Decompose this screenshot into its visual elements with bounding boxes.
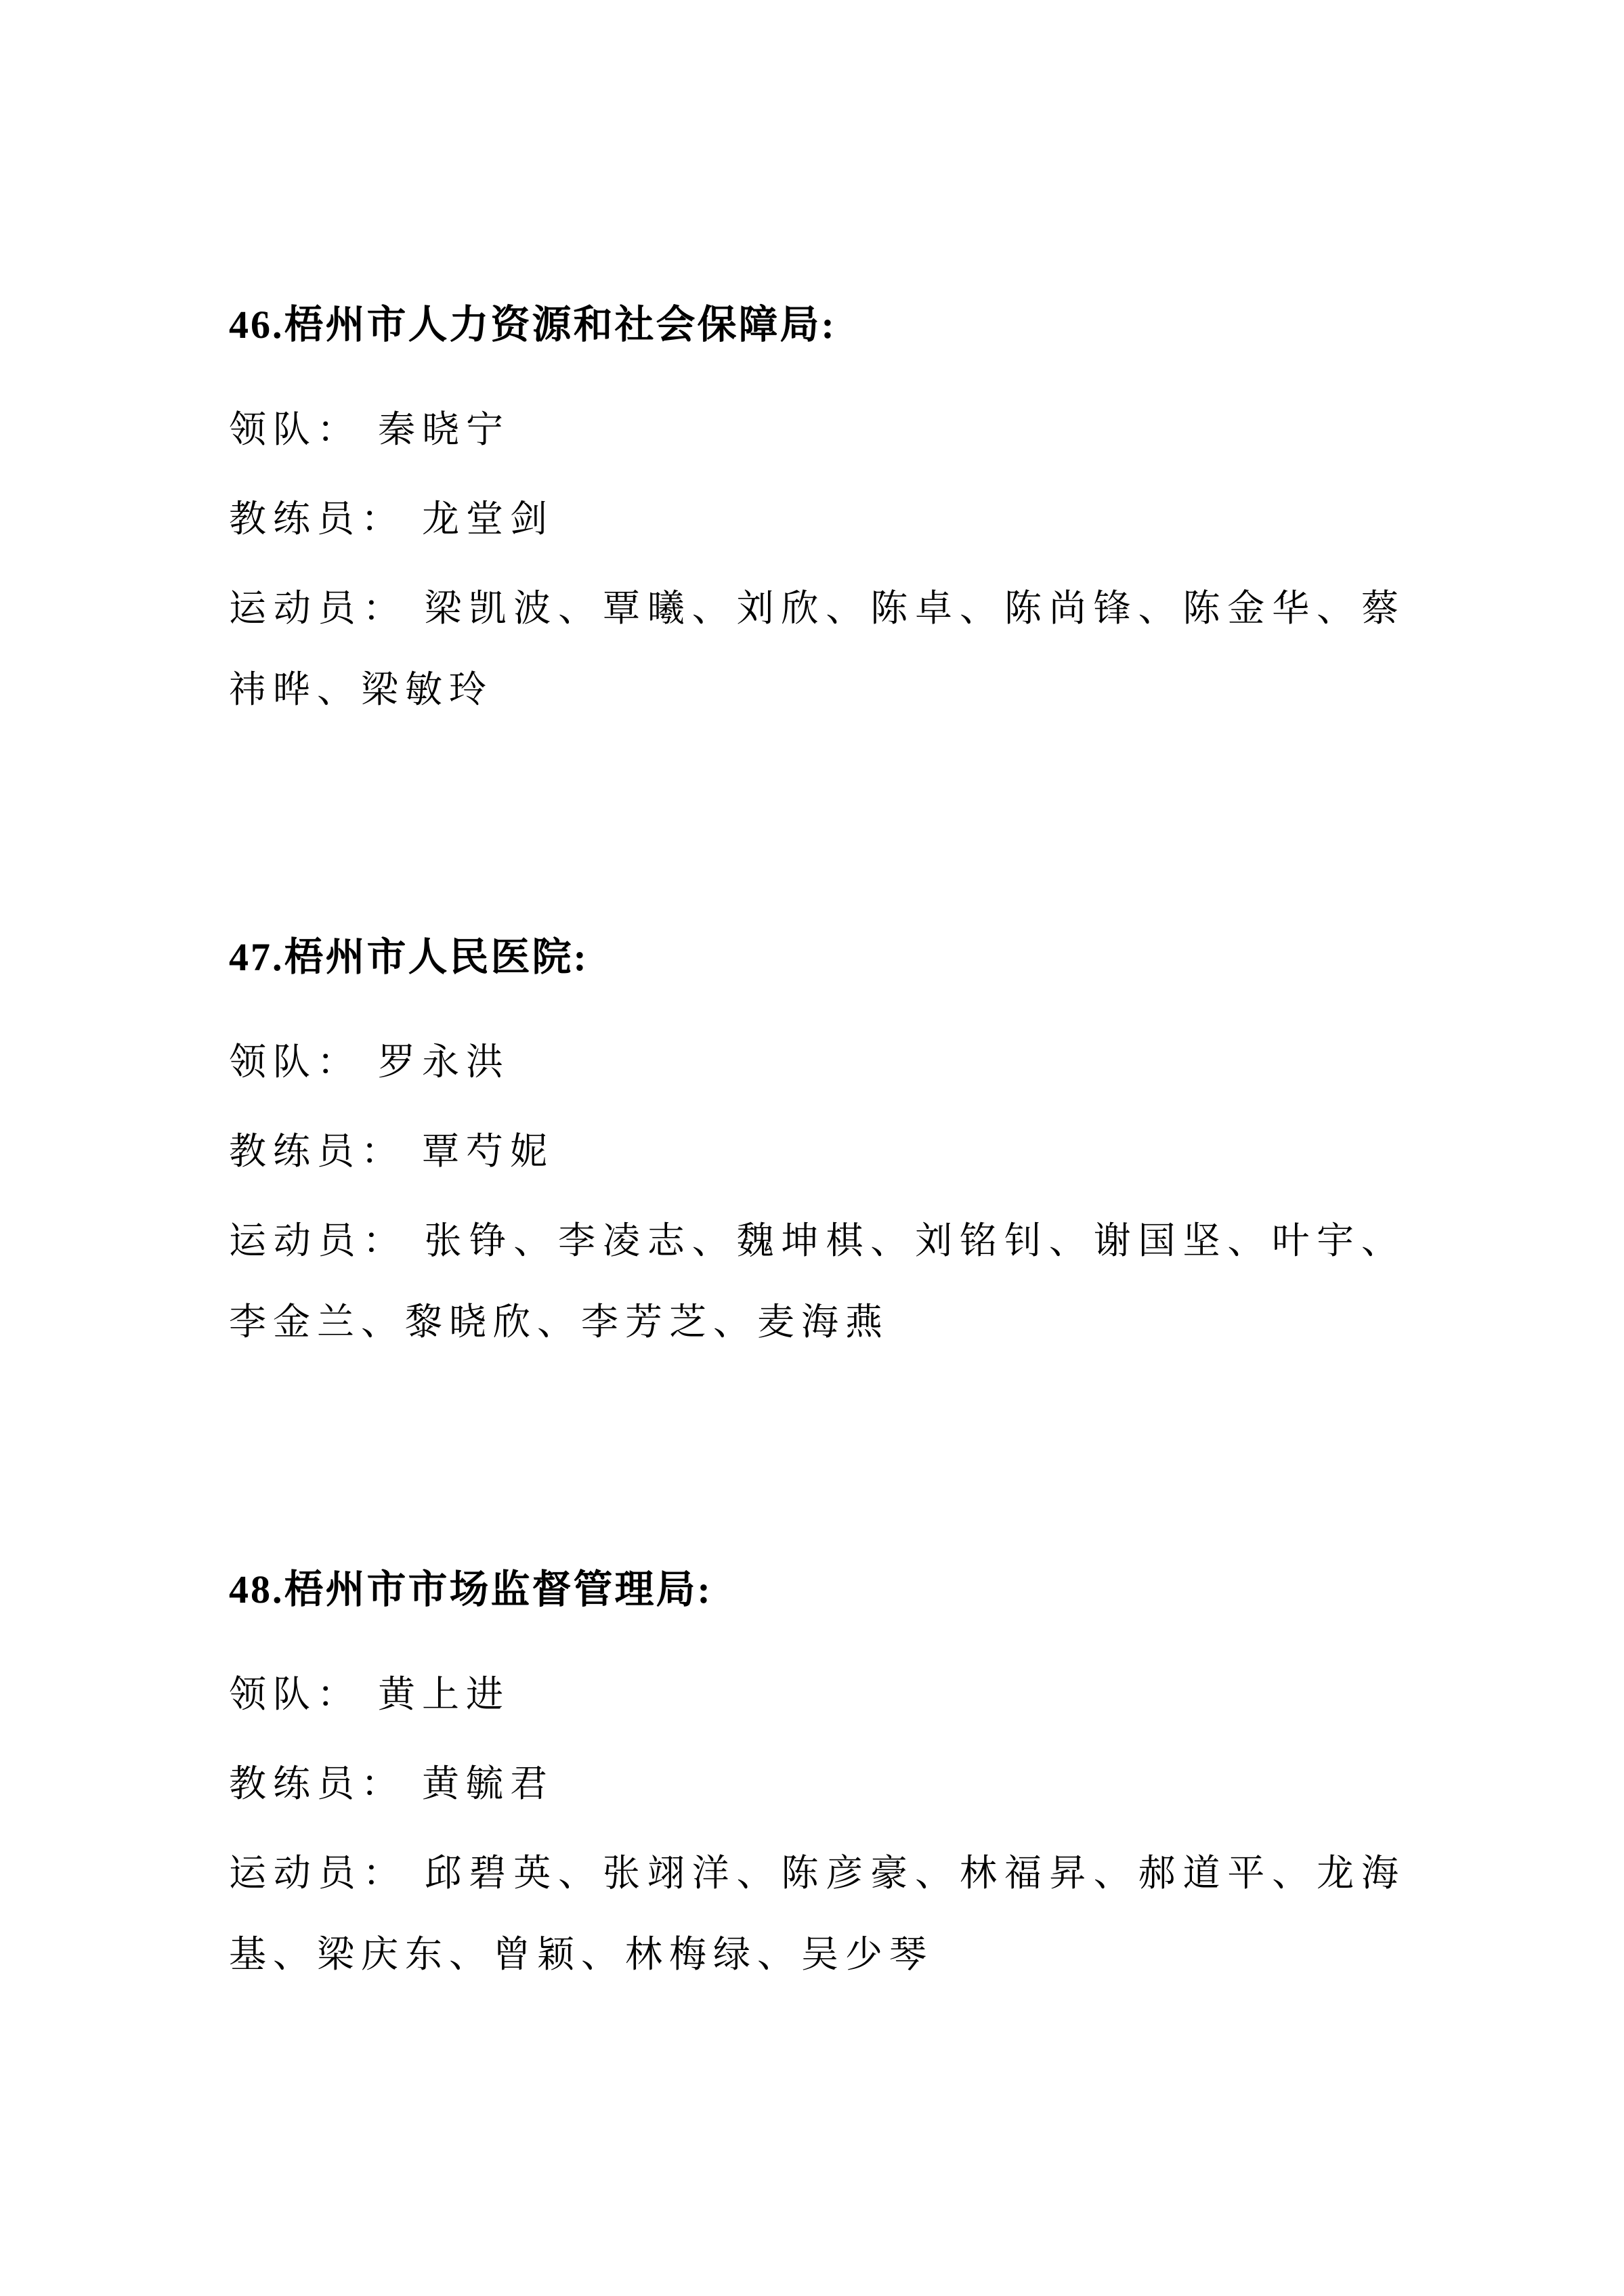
team-heading: 47.梧州市人民医院: <box>229 934 1405 981</box>
leader-line: 领队：秦晓宁 <box>229 389 1405 471</box>
athletes-line: 运动员：邱碧英、张翊洋、陈彦豪、林福昇、郝道平、龙海基、梁庆东、曾颖、林梅绿、吴… <box>229 1833 1405 1995</box>
coach-label: 教练员： <box>229 498 405 540</box>
coach-name: 黄毓君 <box>422 1763 554 1804</box>
leader-line: 领队：罗永洪 <box>229 1022 1405 1103</box>
coach-line: 教练员：黄毓君 <box>229 1743 1405 1825</box>
team-section-46: 46.梧州市人力资源和社会保障局: 领队：秦晓宁 教练员：龙堂剑 运动员：梁凯波… <box>229 301 1405 731</box>
team-heading: 48.梧州市市场监督管理局: <box>229 1566 1405 1613</box>
athletes-line: 运动员：张铮、李凌志、魏坤棋、刘铭钊、谢国坚、叶宇、李金兰、黎晓欣、李芳芝、麦海… <box>229 1200 1405 1363</box>
leader-name: 罗永洪 <box>378 1041 510 1083</box>
coach-label: 教练员： <box>229 1131 405 1172</box>
coach-line: 教练员：龙堂剑 <box>229 479 1405 560</box>
coach-name: 龙堂剑 <box>422 498 554 540</box>
leader-line: 领队：黄上进 <box>229 1654 1405 1735</box>
leader-label: 领队： <box>229 1041 361 1083</box>
document-page: 46.梧州市人力资源和社会保障局: 领队：秦晓宁 教练员：龙堂剑 运动员：梁凯波… <box>0 0 1624 2296</box>
leader-label: 领队： <box>229 409 361 450</box>
athletes-label: 运动员： <box>229 1220 408 1261</box>
team-section-48: 48.梧州市市场监督管理局: 领队：黄上进 教练员：黄毓君 运动员：邱碧英、张翊… <box>229 1566 1405 1995</box>
leader-label: 领队： <box>229 1674 361 1715</box>
leader-name: 黄上进 <box>378 1674 510 1715</box>
team-section-47: 47.梧州市人民医院: 领队：罗永洪 教练员：覃芍妮 运动员：张铮、李凌志、魏坤… <box>229 934 1405 1363</box>
coach-name: 覃芍妮 <box>422 1131 554 1172</box>
coach-line: 教练员：覃芍妮 <box>229 1111 1405 1192</box>
athletes-label: 运动员： <box>229 1853 408 1894</box>
athletes-line: 运动员：梁凯波、覃曦、刘欣、陈卓、陈尚锋、陈金华、蔡祎晔、梁敏玲 <box>229 568 1405 731</box>
team-heading: 46.梧州市人力资源和社会保障局: <box>229 301 1405 349</box>
coach-label: 教练员： <box>229 1763 405 1804</box>
athletes-label: 运动员： <box>229 588 408 629</box>
leader-name: 秦晓宁 <box>378 409 510 450</box>
